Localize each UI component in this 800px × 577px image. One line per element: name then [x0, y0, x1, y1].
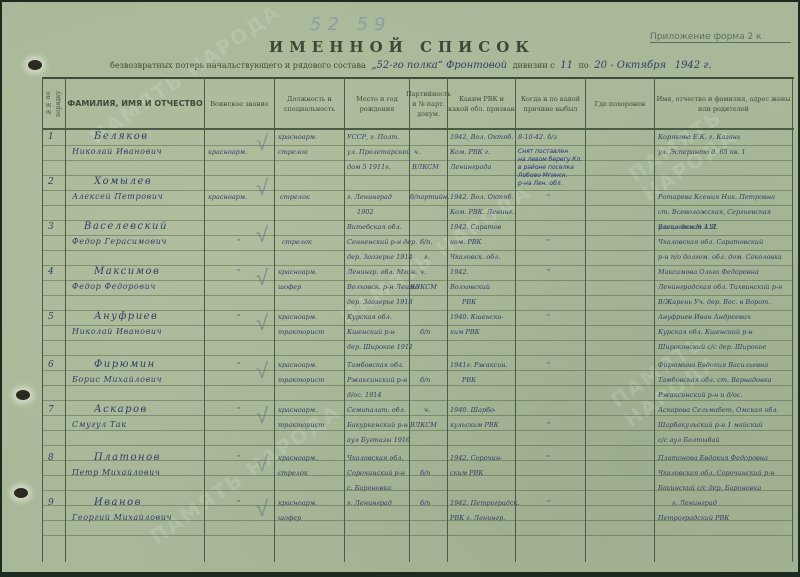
surname: Иванов — [94, 496, 142, 510]
row-number: 7 — [48, 403, 54, 417]
row-number: 9 — [48, 496, 54, 510]
given-names: Николай Иванович — [72, 145, 162, 159]
header-birth: Место и год рождения — [345, 79, 409, 128]
rank: " — [237, 496, 240, 510]
rvk: 1942. Петроградск. — [450, 496, 519, 510]
rvk: 1942. Саратов — [450, 220, 501, 234]
subtitle-year: 1942 г. — [672, 60, 715, 71]
surname: Фирюмин — [94, 358, 156, 372]
relatives: Корякова Е.К. г. Казань — [658, 130, 740, 144]
position: красноарм. — [278, 496, 317, 510]
checkmark-icon: √ — [256, 222, 268, 248]
position: красноарм. — [278, 451, 317, 465]
cause: " — [547, 265, 550, 279]
birth: Ленингр. обл. Мгин. — [347, 265, 417, 279]
punch-hole — [28, 60, 42, 70]
birth: Тамбовская обл. — [347, 358, 404, 372]
row-number: 5 — [48, 310, 54, 324]
checkmark-icon: √ — [256, 175, 268, 201]
birth: Семипалат. обл. — [347, 403, 406, 417]
header-rvk: Каким РВК и какой обл. призван — [448, 79, 515, 128]
row-number: 3 — [48, 220, 54, 234]
rank: красноарм. — [208, 190, 247, 204]
header-cause: Когда и по какой причине выбыл — [516, 79, 585, 128]
header-num: №№ по порядку — [44, 79, 64, 128]
rank: " — [237, 451, 240, 465]
row-number: 6 — [48, 358, 54, 372]
rvk: 1942, Вол. Октяб. — [450, 130, 513, 144]
rvk: 1942. Сорочин- — [450, 451, 502, 465]
party: б/п. — [420, 235, 432, 249]
rank: " — [237, 235, 240, 249]
cause: " — [547, 235, 550, 249]
surname: Васелевский — [84, 220, 168, 234]
row-number: 4 — [48, 265, 54, 279]
given-names: Георгий Михайлович — [72, 511, 172, 525]
party: б/п — [420, 466, 430, 480]
surname: Ануфриев — [94, 310, 158, 324]
position: красноарм. — [278, 310, 317, 324]
archive-number: 52 59 — [310, 14, 392, 35]
row-number: 2 — [48, 175, 54, 189]
subtitle-prefix: безвозвратных потерь начальствующего и р… — [110, 61, 366, 70]
rank: " — [237, 310, 240, 324]
header-name: ФАМИЛИЯ, ИМЯ И ОТЧЕСТВО — [66, 79, 204, 128]
surname: Платонов — [94, 451, 161, 465]
given-names: Борис Михайлович — [72, 373, 162, 387]
subtitle-by: по — [579, 61, 589, 70]
cause: 8-10-42. б/з — [518, 130, 557, 144]
rank: " — [237, 358, 240, 372]
relatives: г. Ленинград — [672, 496, 717, 510]
rank: " — [237, 403, 240, 417]
losses-table: №№ по порядку ФАМИЛИЯ, ИМЯ И ОТЧЕСТВО Во… — [42, 77, 794, 562]
birth: Витебская обл. — [347, 220, 402, 234]
position: красноарм. — [278, 130, 317, 144]
row-number: 8 — [48, 451, 54, 465]
party: ч. — [424, 403, 430, 417]
given-names: Федор Герасимович — [72, 235, 167, 249]
checkmark-icon: √ — [256, 496, 268, 522]
rvk: 1940. Шарбо- — [450, 403, 496, 417]
checkmark-icon: √ — [256, 265, 268, 291]
rvk: 1940. Кшенско- — [450, 310, 504, 324]
rank: красноарм. — [208, 145, 247, 159]
relatives: Платонова Евдокия Федоровна — [658, 451, 768, 465]
cause: " — [547, 496, 550, 510]
given-names: Федор Федорович — [72, 280, 156, 294]
header-party: Партийность и № парт. докум. — [410, 79, 447, 128]
party: б/п — [420, 496, 430, 510]
header-buried: Где похоронен — [586, 79, 654, 128]
birth: Чкаловская обл. — [347, 451, 403, 465]
birth: Курская обл. — [347, 310, 392, 324]
relatives: Васелевская А.Я. — [658, 220, 718, 234]
header-position: Должность и специальность — [275, 79, 344, 128]
checkmark-icon: √ — [256, 403, 268, 429]
header-relatives: Имя, отчество и фамилия, адрес жены или … — [655, 79, 792, 128]
subtitle-unit: „52-го полка“ Фронтовой — [368, 60, 510, 71]
surname: Аскаров — [94, 403, 148, 417]
checkmark-icon: √ — [256, 130, 268, 156]
relatives: Ануфриев Иван Андреевич — [658, 310, 751, 324]
birth: УССР, г. Полт. — [347, 130, 400, 144]
checkmark-icon: √ — [256, 451, 268, 477]
row-number: 1 — [48, 130, 54, 144]
document-sheet: ПАМЯТЬ НАРОДА ПАМЯТЬ НАРОДА ПАМЯТЬ НАРОД… — [2, 2, 798, 572]
rank: " — [237, 265, 240, 279]
birth: г. Ленинград — [347, 496, 392, 510]
subtitle-date-to: 20 - Октября — [591, 60, 669, 71]
party: б/п — [420, 325, 430, 339]
page-title: ИМЕННОЙ СПИСОК — [2, 38, 800, 56]
cause: " — [547, 418, 550, 432]
given-names: Алексей Петрович — [72, 190, 163, 204]
cause: " — [547, 451, 550, 465]
relatives: Аскарова Сельмабет, Омская обл. — [658, 403, 779, 417]
birth: г. Ленинград — [347, 190, 392, 204]
given-names: Петр Михайлович — [72, 466, 160, 480]
subtitle-date-from: 11 — [557, 60, 576, 71]
party: б/партийн. — [410, 190, 449, 204]
rvk: 1942. — [450, 265, 469, 279]
surname: Хомылев — [94, 175, 152, 189]
rvk: 1942. Вол. Октяб. — [450, 190, 513, 204]
relatives: Максимова Ольга Федоровна — [658, 265, 759, 279]
relatives: Фирюмина Евдокия Васильевна — [658, 358, 768, 372]
checkmark-icon: √ — [256, 358, 268, 384]
party: ч. — [414, 145, 420, 159]
cause: " — [547, 358, 550, 372]
header-rank: Воинское звание — [205, 79, 274, 128]
position: стрелок — [282, 235, 312, 249]
given-names: Смугул Так — [72, 418, 127, 432]
surname: Максимов — [94, 265, 160, 279]
rvk: 1941г. Ржаксин. — [450, 358, 508, 372]
punch-hole — [14, 488, 28, 498]
position: красноарм. — [278, 358, 317, 372]
relatives: Ротарева Ксения Ник. Петровна — [658, 190, 775, 204]
subtitle: безвозвратных потерь начальствующего и р… — [110, 60, 715, 71]
party: б/п — [420, 373, 430, 387]
punch-hole — [16, 390, 30, 400]
cause: " — [547, 310, 550, 324]
position: красноарм. — [278, 403, 317, 417]
position: стрелок — [280, 190, 310, 204]
cause-note: Снят поставлен на левом берегу Кл. в рай… — [518, 148, 582, 188]
given-names: Николай Иванович — [72, 325, 162, 339]
surname: Беляков — [94, 130, 149, 144]
position: красноарм. — [278, 265, 317, 279]
cause: " — [547, 190, 550, 204]
party: ч. — [420, 265, 426, 279]
subtitle-middle: дивизии с — [513, 61, 555, 70]
checkmark-icon: √ — [256, 310, 268, 336]
